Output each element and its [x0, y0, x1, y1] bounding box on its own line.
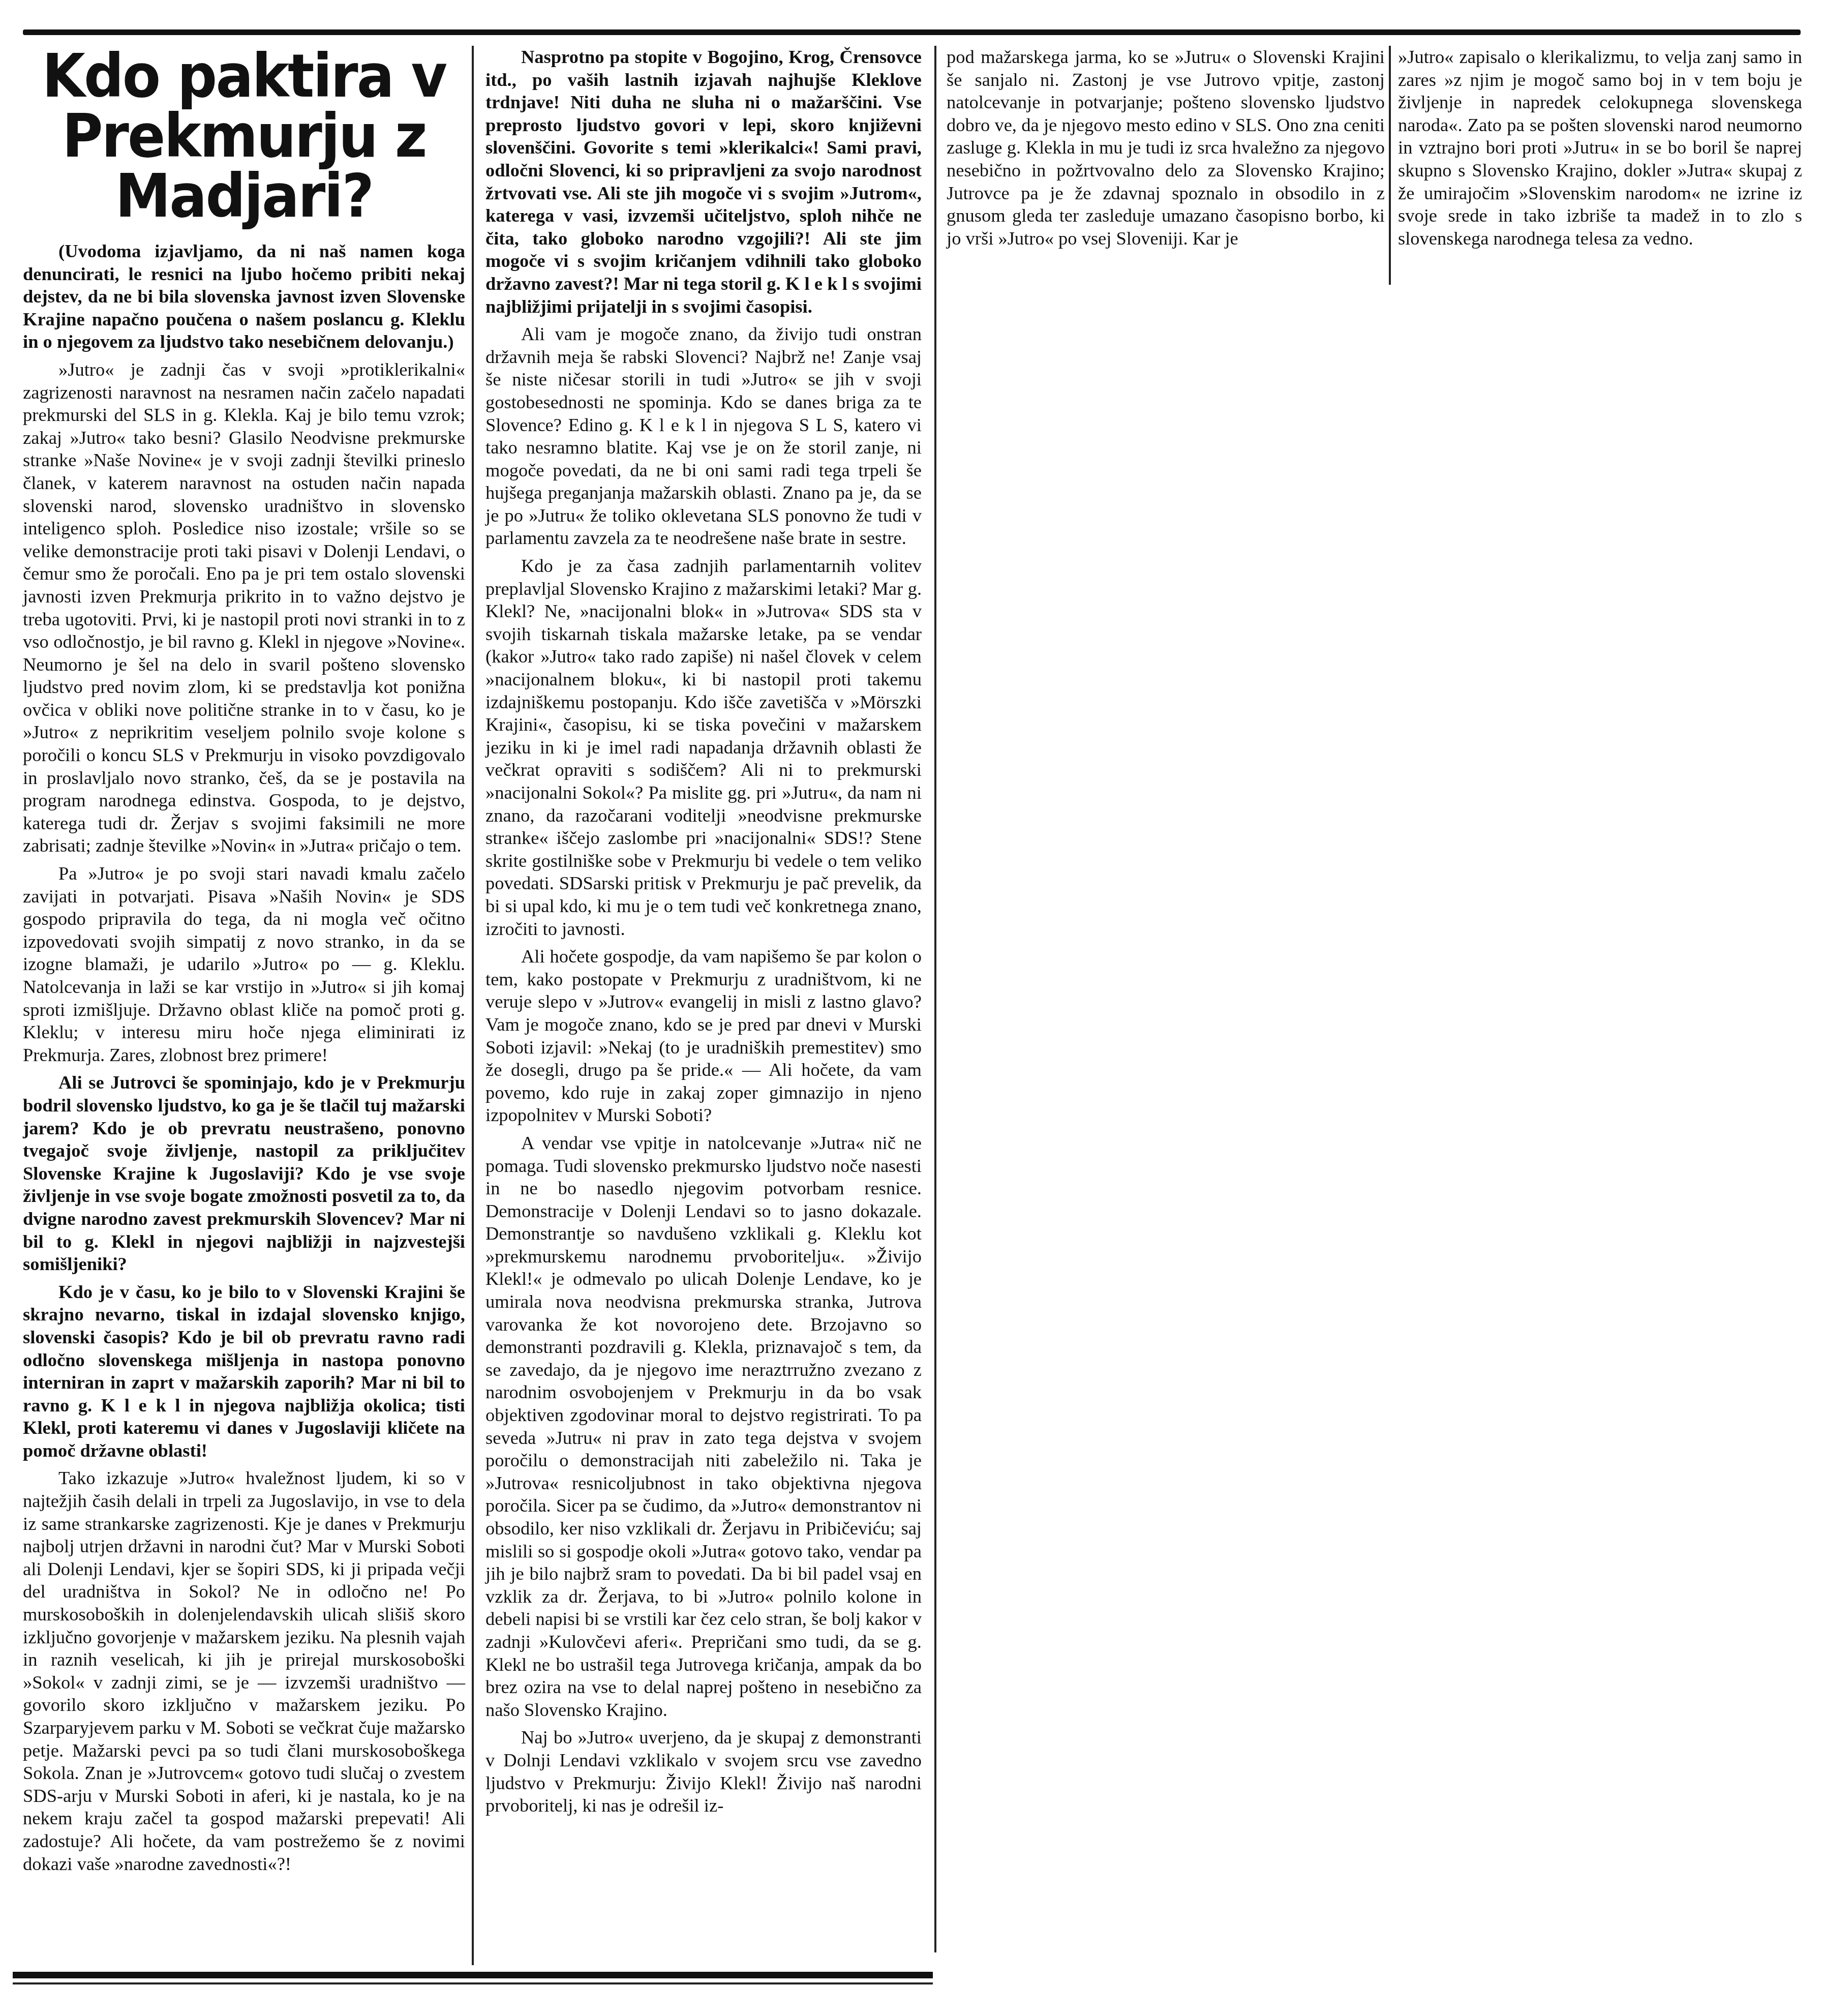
bottom-rule-thin: [13, 1982, 933, 1984]
headline: Kdo paktira v Prekmurju z Madjari?: [38, 46, 449, 226]
paragraph: Ali hočete gospodje, da vam napišemo še …: [485, 945, 922, 1127]
paragraph: Tako izkazuje »Jutro« hvaležnost ljudem,…: [23, 1467, 465, 1875]
paragraph: Nasprotno pa stopite v Bogojino, Krog, Č…: [485, 46, 922, 318]
paragraph: Ali vam je mogoče znano, da živijo tudi …: [485, 323, 922, 550]
paragraph: A vendar vse vpitje in natolcevanje »Jut…: [485, 1132, 922, 1721]
top-rule: [23, 29, 1801, 35]
column-2: Nasprotno pa stopite v Bogojino, Krog, Č…: [485, 46, 922, 1822]
column-divider: [934, 46, 936, 1952]
column-4: »Jutro« zapisalo o klerikalizmu, to velj…: [1398, 46, 1802, 255]
paragraph: »Jutro« zapisalo o klerikalizmu, to velj…: [1398, 46, 1802, 250]
column-divider: [1389, 46, 1391, 285]
column-divider: [472, 46, 474, 1965]
paragraph: Ali se Jutrovci še spominjajo, kdo je v …: [23, 1071, 465, 1275]
bottom-rule: [13, 1972, 933, 1978]
paragraph: (Uvodoma izjavljamo, da ni naš namen kog…: [23, 240, 465, 353]
paragraph: Naj bo »Jutro« uverjeno, da je skupaj z …: [485, 1726, 922, 1817]
paragraph: Kdo je za časa zadnjih parlamentarnih vo…: [485, 555, 922, 940]
paragraph: Pa »Jutro« je po svoji stari navadi kmal…: [23, 862, 465, 1066]
paragraph: »Jutro« je zadnji čas v svoji »protikler…: [23, 358, 465, 857]
column-1: Kdo paktira v Prekmurju z Madjari? (Uvod…: [23, 46, 465, 1880]
paragraph: pod mažarskega jarma, ko se »Jutru« o Sl…: [947, 46, 1385, 250]
paragraph: Kdo je v času, ko je bilo to v Slovenski…: [23, 1281, 465, 1462]
column-3: pod mažarskega jarma, ko se »Jutru« o Sl…: [947, 46, 1385, 255]
